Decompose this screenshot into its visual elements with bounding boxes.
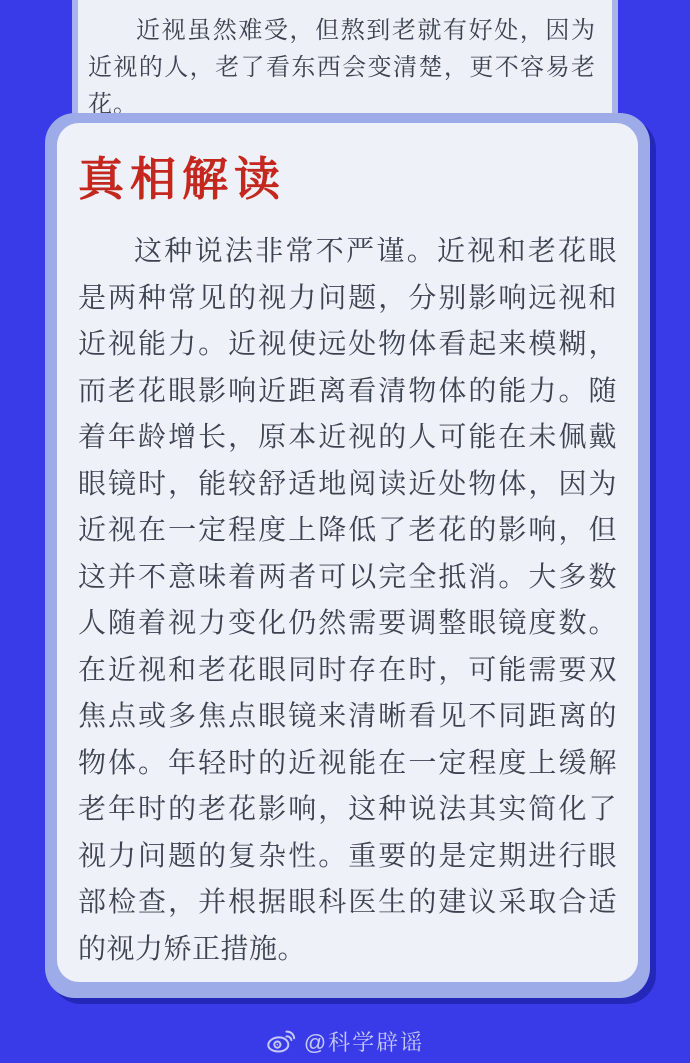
claim-card: 近视虽然难受，但熬到老就有好处，因为近视的人，老了看东西会变清楚，更不容易老花。: [72, 0, 618, 117]
truth-card-inner: 真相解读 这种说法非常不严谨。近视和老花眼是两种常见的视力问题，分别影响远视和近…: [57, 123, 638, 982]
weibo-icon: [266, 1028, 296, 1054]
truth-card: 真相解读 这种说法非常不严谨。近视和老花眼是两种常见的视力问题，分别影响远视和近…: [45, 113, 650, 998]
watermark-text: @科学辟谣: [304, 1026, 424, 1057]
footer-watermark: @科学辟谣: [0, 1023, 690, 1059]
claim-text: 近视虽然难受，但熬到老就有好处，因为近视的人，老了看东西会变清楚，更不容易老花。: [78, 0, 612, 123]
poster: 近视虽然难受，但熬到老就有好处，因为近视的人，老了看东西会变清楚，更不容易老花。…: [0, 0, 690, 1063]
truth-paragraph: 这种说法非常不严谨。近视和老花眼是两种常见的视力问题，分别影响远视和近视能力。近…: [78, 228, 617, 972]
truth-title: 真相解读: [78, 156, 617, 202]
